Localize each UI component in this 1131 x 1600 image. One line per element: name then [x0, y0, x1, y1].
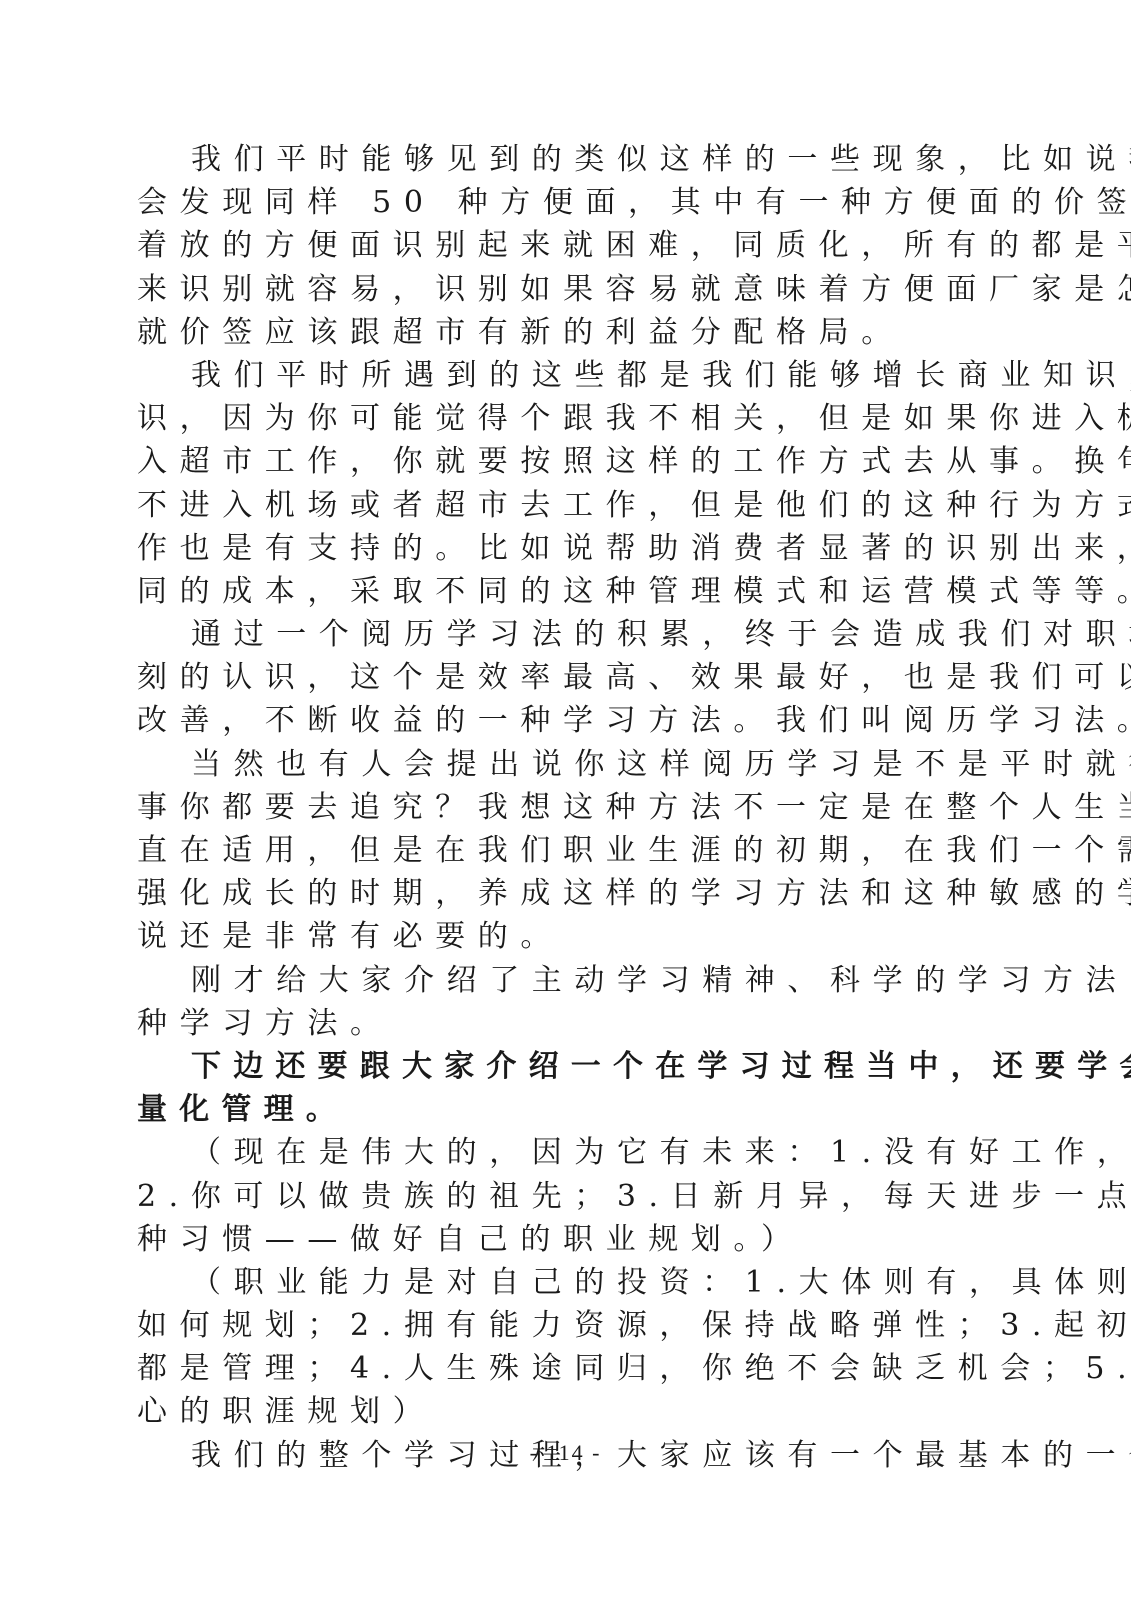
paragraph-quote-future: （现在是伟大的，因为它有未来：1.没有好工作，只有好员工； 2.你可以做贵族的祖… — [137, 1131, 997, 1261]
paragraph-quote-career-ability: （职业能力是对自己的投资：1.大体则有，具体则无：没有信息 如何规划；2.拥有能… — [137, 1261, 997, 1434]
paragraph-supermarket-example: 我们平时能够见到的类似这样的一些现象，比如说我们进入超市， 会发现同样 50 种… — [137, 138, 997, 354]
text-line: 着放的方便面识别起来就困难，同质化，所有的都是平着放的，立起 — [137, 224, 997, 267]
text-line: 改善，不断收益的一种学习方法。我们叫阅历学习法。 — [137, 699, 997, 742]
text-line: 同的成本，采取不同的这种管理模式和运营模式等等。 — [137, 570, 997, 613]
text-line: 来识别就容易，识别如果容易就意味着方便面厂家是怎么样？就产品、 — [137, 268, 997, 311]
text-line: 不进入机场或者超市去工作，但是他们的这种行为方式对我们自己工 — [137, 484, 997, 527]
text-line: 刻的认识，这个是效率最高、效果最好，也是我们可以持续终身不断 — [137, 656, 997, 699]
page-number: - 114 - — [0, 1440, 1131, 1466]
text-line: （职业能力是对自己的投资：1.大体则有，具体则无：没有信息 — [137, 1261, 997, 1304]
text-line: 事你都要去追究？我想这种方法不一定是在整个人生当中长期的一 — [137, 786, 997, 829]
paragraph-experience-learning: 通过一个阅历学习法的积累，终于会造成我们对职场和商场更深 刻的认识，这个是效率最… — [137, 613, 997, 743]
text-line: 我们平时能够见到的类似这样的一些现象，比如说我们进入超市， — [137, 138, 997, 181]
text-line: 种学习方法。 — [137, 1002, 997, 1045]
text-line-bold: 下边还要跟大家介绍一个在学习过程当中，还要学会对自己进行 — [137, 1045, 997, 1088]
text-line: 刚才给大家介绍了主动学习精神、科学的学习方法以及对应的 5 — [137, 959, 997, 1002]
text-line: 入超市工作，你就要按照这样的工作方式去从事。换句话讲，即使你 — [137, 440, 997, 483]
text-line: 会发现同样 50 种方便面，其中有一种方便面的价签是立起来的，平 — [137, 181, 997, 224]
text-line: 心的职涯规划） — [137, 1390, 997, 1433]
paragraph-summary: 刚才给大家介绍了主动学习精神、科学的学习方法以及对应的 5 种学习方法。 — [137, 959, 997, 1045]
text-line: 作也是有支持的。比如说帮助消费者显著的识别出来，比如说区分不 — [137, 527, 997, 570]
paragraph-career-early-stage: 当然也有人会提出说你这样阅历学习是不是平时就很辛苦，什么 事你都要去追究？我想这… — [137, 743, 997, 959]
text-line-bold: 量化管理。 — [137, 1088, 997, 1131]
text-line: 种习惯——做好自己的职业规划。） — [137, 1218, 997, 1261]
text-line: 说还是非常有必要的。 — [137, 915, 997, 958]
text-line: 当然也有人会提出说你这样阅历学习是不是平时就很辛苦，什么 — [137, 743, 997, 786]
text-line: 直在适用，但是在我们职业生涯的初期，在我们一个需要强化学习， — [137, 829, 997, 872]
text-line: 强化成长的时期，养成这样的学习方法和这种敏感的学习习惯，应当 — [137, 872, 997, 915]
text-line: 识，因为你可能觉得个跟我不相关，但是如果你进入机场工作，你进 — [137, 397, 997, 440]
body-text: 我们平时能够见到的类似这样的一些现象，比如说我们进入超市， 会发现同样 50 种… — [137, 138, 997, 1477]
document-page: 我们平时能够见到的类似这样的一些现象，比如说我们进入超市， 会发现同样 50 种… — [0, 0, 1131, 1600]
paragraph-bold-heading: 下边还要跟大家介绍一个在学习过程当中，还要学会对自己进行 量化管理。 — [137, 1045, 997, 1131]
text-line: 2.你可以做贵族的祖先；3.日新月异，每天进步一点点；4.卓越是一 — [137, 1175, 997, 1218]
text-line: 如何规划；2.拥有能力资源，保持战略弹性；3.起初都是行政，最终 — [137, 1304, 997, 1347]
text-line: 都是管理；4.人生殊途同归，你绝不会缺乏机会；5.以能力资源为核 — [137, 1347, 997, 1390]
text-line: 我们平时所遇到的这些都是我们能够增长商业知识，了解职业知 — [137, 354, 997, 397]
paragraph-business-knowledge: 我们平时所遇到的这些都是我们能够增长商业知识，了解职业知 识，因为你可能觉得个跟… — [137, 354, 997, 613]
text-line: 就价签应该跟超市有新的利益分配格局。 — [137, 311, 997, 354]
text-line: 通过一个阅历学习法的积累，终于会造成我们对职场和商场更深 — [137, 613, 997, 656]
text-line: （现在是伟大的，因为它有未来：1.没有好工作，只有好员工； — [137, 1131, 997, 1174]
